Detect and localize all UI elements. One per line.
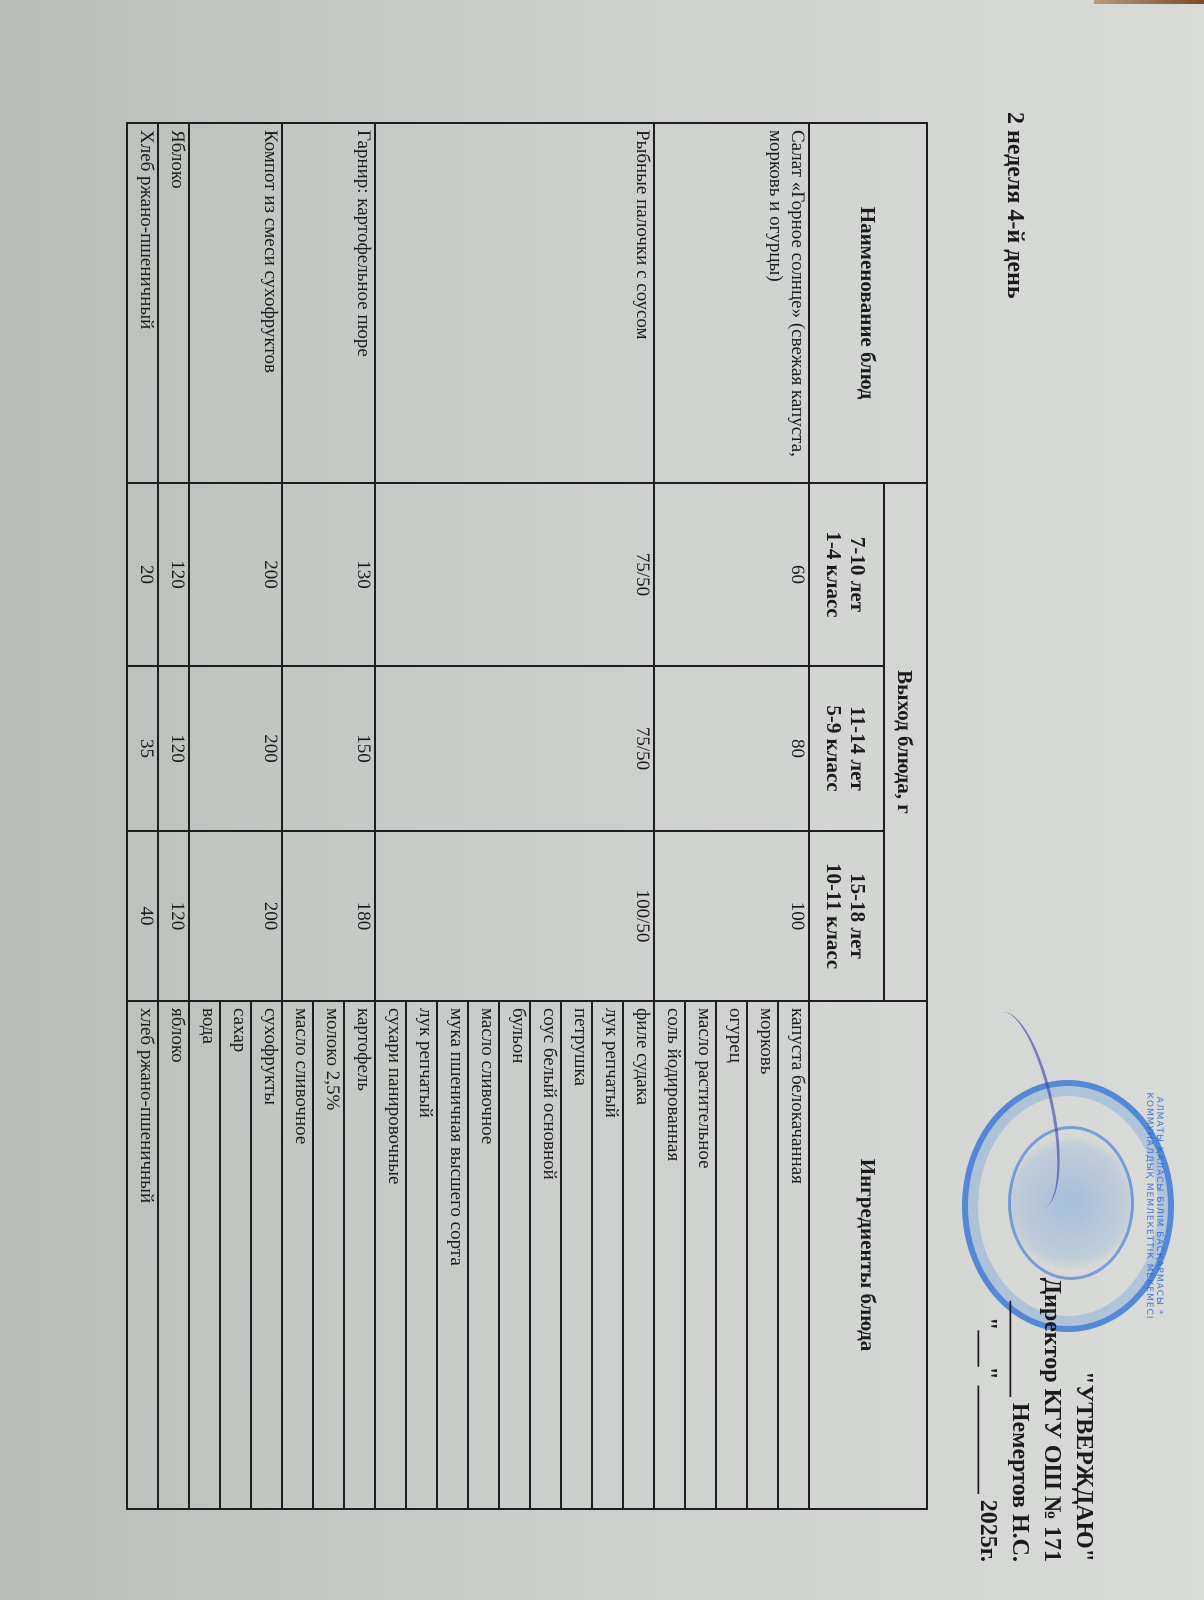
page-title: 2 неделя 4-й день	[1001, 112, 1028, 299]
ingredient: лук репчатый	[406, 1001, 437, 1509]
header-age-group-1: 7-10 лет1-4 класс	[809, 483, 884, 666]
ingredient: мука пшеничная высшего сорта	[437, 1001, 468, 1509]
dish-output-3: 200	[189, 831, 282, 1001]
dish-name: Компот из смеси сухофруктов	[189, 123, 282, 483]
dish-output-2: 200	[189, 666, 282, 831]
header-dish-name: Наименование блюд	[809, 123, 927, 483]
ingredient: сухофрукты	[251, 1001, 282, 1509]
stamp-text: АЛМАТЫ ҚАЛАСЫ БІЛІМ БАСҚАРМАСЫ * КОММУНА…	[1144, 1086, 1164, 1326]
table-row: Хлеб ржано-пшеничный203540хлеб ржано-пше…	[127, 123, 158, 1509]
ingredient: сухари панировочные	[375, 1001, 406, 1509]
table-row: Яблоко120120120яблоко	[158, 123, 189, 1509]
header-ingredients: Ингредиенты блюда	[809, 1001, 927, 1509]
dish-name: Гарнир: картофельное пюре	[282, 123, 375, 483]
ingredient: петрушка	[561, 1001, 592, 1509]
dish-name: Салат «Горное солнце» (свежая капуста, м…	[654, 123, 809, 483]
ingredient: капуста белокачанная	[778, 1001, 809, 1509]
dish-output-2: 35	[127, 666, 158, 831]
dish-output-1: 200	[189, 483, 282, 666]
dish-name: Яблоко	[158, 123, 189, 483]
dish-output-3: 120	[158, 831, 189, 1001]
ingredient: вода	[189, 1001, 220, 1509]
dish-output-3: 100	[654, 831, 809, 1001]
ingredient: огурец	[716, 1001, 747, 1509]
ingredient: молоко 2,5%	[313, 1001, 344, 1509]
signature-scribble	[971, 1006, 1074, 1215]
table-row: Рыбные палочки с соусом75/5075/50100/50ф…	[623, 123, 654, 1509]
ingredient: хлеб ржано-пшеничный	[127, 1001, 158, 1509]
menu-body: Салат «Горное солнце» (свежая капуста, м…	[127, 123, 809, 1509]
ingredient: сахар	[220, 1001, 251, 1509]
ingredient: масло сливочное	[468, 1001, 499, 1509]
ingredient: масло сливочное	[282, 1001, 313, 1509]
coat-of-arms-emblem	[1008, 1126, 1134, 1280]
menu-page: 2 неделя 4-й день АЛМАТЫ ҚАЛАСЫ БІЛІМ БА…	[0, 0, 1204, 1600]
menu-table: Наименование блюд Выход блюда, г Ингреди…	[126, 122, 928, 1510]
dish-output-2: 120	[158, 666, 189, 831]
approval-block: "УТВЕРЖДАЮ" Директор КГУ ОШ № 171 ______…	[972, 1262, 1100, 1562]
ingredient: масло растительное	[685, 1001, 716, 1509]
approval-date: "___" _________ 2025г.	[972, 1262, 1004, 1562]
ingredient: лук репчатый	[592, 1001, 623, 1509]
dish-output-2: 150	[282, 666, 375, 831]
dish-output-1: 20	[127, 483, 158, 666]
dish-output-1: 120	[158, 483, 189, 666]
table-row: Салат «Горное солнце» (свежая капуста, м…	[778, 123, 809, 1509]
dish-output-1: 75/50	[375, 483, 654, 666]
dish-output-3: 100/50	[375, 831, 654, 1001]
dish-output-3: 40	[127, 831, 158, 1001]
approval-signatory: ________ Немертов Н.С.	[1004, 1262, 1036, 1562]
ingredient: соль йодированная	[654, 1001, 685, 1509]
dish-output-2: 80	[654, 666, 809, 831]
dish-name: Хлеб ржано-пшеничный	[127, 123, 158, 483]
ingredient: яблоко	[158, 1001, 189, 1509]
dish-output-2: 75/50	[375, 666, 654, 831]
dish-output-1: 130	[282, 483, 375, 666]
dish-output-1: 60	[654, 483, 809, 666]
ingredient: соус белый основной	[530, 1001, 561, 1509]
dish-output-3: 180	[282, 831, 375, 1001]
ingredient: морковь	[747, 1001, 778, 1509]
table-row: Компот из смеси сухофруктов200200200сухо…	[251, 123, 282, 1509]
header-age-group-2: 11-14 лет5-9 класс	[809, 666, 884, 831]
ingredient: филе судака	[623, 1001, 654, 1509]
approval-position: Директор КГУ ОШ № 171	[1036, 1262, 1068, 1562]
approval-heading: "УТВЕРЖДАЮ"	[1068, 1262, 1100, 1562]
table-row: Гарнир: картофельное пюре130150180картоф…	[344, 123, 375, 1509]
header-age-group-3: 15-18 лет10-11 класс	[809, 831, 884, 1001]
ingredient: бульон	[499, 1001, 530, 1509]
header-output-group: Выход блюда, г	[884, 483, 927, 1001]
dish-name: Рыбные палочки с соусом	[375, 123, 654, 483]
ingredient: картофель	[344, 1001, 375, 1509]
